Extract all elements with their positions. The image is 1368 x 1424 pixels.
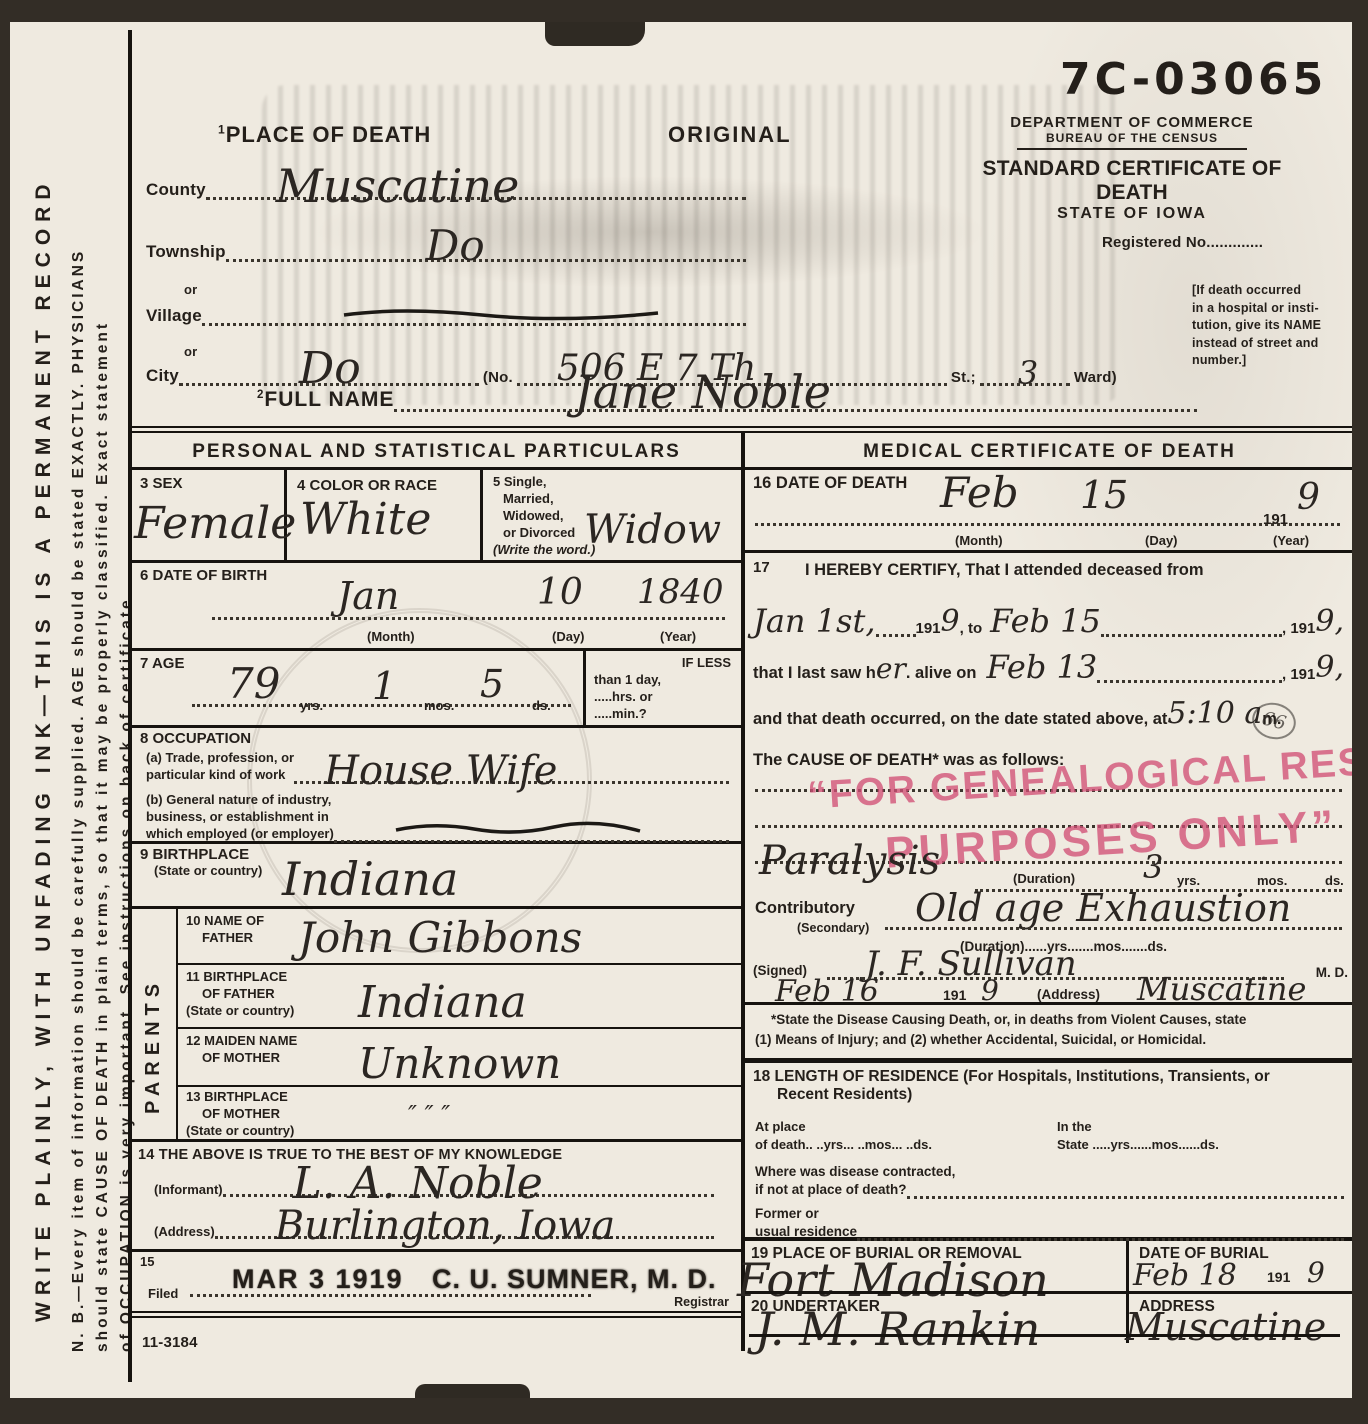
registrar-caption: Registrar — [674, 1295, 729, 1309]
marital-label-line: 5 Single, — [493, 474, 741, 491]
year-printed: , 191 — [1282, 666, 1315, 683]
department-block: DEPARTMENT OF COMMERCE BUREAU OF THE CEN… — [947, 114, 1317, 223]
day-caption: (Day) — [552, 629, 585, 644]
certify-number: 17 — [745, 553, 770, 576]
month-caption: (Month) — [955, 533, 1003, 548]
footnote-line1: *State the Disease Causing Death, or, in… — [745, 1005, 1352, 1029]
mother-name-value: Unknown — [358, 1043, 561, 1085]
informant-address-value: Burlington, Iowa — [275, 1206, 616, 1246]
informant-value: L. A. Noble — [293, 1162, 543, 1206]
sex-value: Female — [134, 502, 296, 546]
dod-day-value: 15 — [1080, 476, 1128, 514]
occupation-label: 8 OCCUPATION — [132, 728, 741, 747]
genealogical-stamp-line2: PURPOSES ONLY” — [884, 801, 1339, 879]
scan-blot — [415, 1384, 530, 1398]
dob-month-value: Jan — [337, 577, 399, 615]
mos-caption: mos. — [424, 698, 454, 713]
margin-nb-line2: should state CAUSE OF DEATH in plain ter… — [94, 321, 112, 1352]
last-saw-printed: that I last saw h — [753, 664, 876, 683]
dotted-leader — [212, 617, 725, 620]
if-less-cell: IF LESS than 1 day, .....hrs. or .....mi… — [583, 651, 741, 725]
mother-name-row: 12 MAIDEN NAME OF MOTHER Unknown — [178, 1029, 741, 1087]
footnote-line2: (1) Means of Injury; and (2) whether Acc… — [745, 1029, 1352, 1049]
ds-caption: ds. — [1325, 873, 1344, 888]
burial-year-printed: 191 — [1267, 1269, 1290, 1285]
father-name-row: 10 NAME OF FATHER John Gibbons — [178, 909, 741, 965]
in-state-line1: In the — [1057, 1119, 1092, 1136]
state-of-iowa-label: STATE OF IOWA — [947, 205, 1317, 223]
father-name-value: John Gibbons — [298, 917, 582, 959]
md-caption: M. D. — [1316, 965, 1348, 980]
father-birthplace-row: 11 BIRTHPLACE OF FATHER (State or countr… — [178, 965, 741, 1029]
occupation-a-label: (a) Trade, profession, or particular kin… — [146, 750, 294, 784]
dotted-leader: Burlington, Iowa — [215, 1233, 714, 1239]
age-years-value: 79 — [227, 663, 280, 705]
father-birthplace-value: Indiana — [358, 981, 527, 1025]
dotted-leader — [334, 837, 729, 843]
dotted-leader: Do — [226, 256, 746, 262]
certificate-paper: WRITE PLAINLY, WITH UNFADING INK—THIS IS… — [10, 22, 1352, 1398]
or-label: or — [184, 282, 197, 297]
certificate-body: PERSONAL AND STATISTICAL PARTICULARS 3 S… — [132, 426, 1352, 1351]
filed-date-stamp: MAR 3 1919 — [232, 1264, 404, 1295]
undertaker-row: 20 UNDERTAKER J. M. Rankin ADDRESS Musca… — [745, 1291, 1352, 1343]
undertaker-value: J. M. Rankin — [755, 1306, 1040, 1352]
dotted-leader: Do — [179, 380, 479, 386]
parents-layout: PARENTS 10 NAME OF FATHER John Gibbons 1… — [132, 909, 741, 1139]
mother-birthplace-row: 13 BIRTHPLACE OF MOTHER (State or countr… — [178, 1087, 741, 1138]
dod-year-hw: 9 — [1297, 480, 1320, 516]
time-of-death-value: 5:10 a — [1167, 699, 1262, 729]
street-no-label: (No. — [483, 369, 513, 386]
at-place-line1: At place — [755, 1119, 806, 1136]
occ-b-line: which employed (or employer) — [146, 826, 334, 843]
duration-caption: (Duration) — [1013, 871, 1075, 886]
registrar-name-stamp: C. U. SUMNER, M. D. — [432, 1264, 717, 1295]
attended-from-value: Jan 1st, — [753, 605, 876, 637]
certificate-number: 7C-03065 — [1060, 54, 1327, 105]
certify-statement: I HEREBY CERTIFY, That I attended deceas… — [745, 553, 1352, 580]
village-row: Village — [146, 306, 746, 326]
footnote-marker-1: 1 — [218, 123, 226, 137]
dob-year-value: 1840 — [637, 575, 724, 609]
dotted-leader — [755, 523, 1340, 526]
city-value: Do — [299, 347, 361, 391]
occupation-row: 8 OCCUPATION (a) Trade, profession, or p… — [132, 728, 741, 844]
dotted-leader: L. A. Noble — [223, 1191, 714, 1197]
where-contracted-text: if not at place of death? — [755, 1181, 907, 1199]
place-of-death-text: PLACE OF DEATH — [226, 122, 431, 147]
mother-birthplace-value: ″ ″ ″ — [408, 1103, 450, 1127]
signature-year-hw: 9 — [981, 977, 999, 1005]
dotted-leader: House Wife — [294, 778, 729, 784]
form-number: 11-3184 — [132, 1318, 741, 1351]
scanned-death-certificate: { "margin": { "warning": "WRITE PLAINLY,… — [0, 0, 1368, 1424]
if-less-line: .....hrs. or — [594, 689, 741, 706]
township-label: Township — [146, 242, 226, 262]
full-name-label: 2FULL NAME — [257, 388, 394, 412]
address-caption: (Address) — [154, 1224, 215, 1239]
physician-signature: J. F. Sullivan — [865, 947, 1077, 981]
margin-nb-line1: N. B.—Every item of information should b… — [70, 249, 88, 1352]
length-of-residence-block: 18 LENGTH OF RESIDENCE (For Hospitals, I… — [745, 1063, 1352, 1241]
place-of-death-label: 1PLACE OF DEATH — [218, 122, 431, 148]
informant-row: 14 THE ABOVE IS TRUE TO THE BEST OF MY K… — [132, 1142, 741, 1252]
occ-b-line: (b) General nature of industry, — [146, 792, 334, 809]
where-contracted-line1: Where was disease contracted, — [755, 1163, 955, 1181]
hospital-note-line: [If death occurred — [1192, 282, 1321, 300]
cause-footnote: *State the Disease Causing Death, or, in… — [745, 1005, 1352, 1063]
dotted-leader — [857, 1235, 1344, 1241]
certify-from-line: Jan 1st, 191 9 , to Feb 15 , 191 9, — [753, 605, 1344, 637]
dotted-leader: 3 — [980, 380, 1070, 386]
county-row: County Muscatine — [146, 180, 746, 200]
if-less-line: than 1 day, — [594, 672, 741, 689]
where-contracted-line2: if not at place of death? — [755, 1181, 1344, 1199]
pencil-note-value: 66 — [1260, 707, 1289, 734]
ds-caption: ds. — [532, 698, 551, 713]
contributory-label: Contributory — [755, 899, 855, 918]
race-label: 4 COLOR OR RACE — [297, 477, 437, 494]
hospital-note-line: instead of street and — [1192, 335, 1321, 353]
village-label: Village — [146, 306, 202, 326]
mother-bp-label-line: 13 BIRTHPLACE — [186, 1089, 741, 1106]
dotted-leader — [885, 927, 1342, 930]
parents-block: PARENTS 10 NAME OF FATHER John Gibbons 1… — [132, 909, 741, 1142]
informant-caption: (Informant) — [154, 1182, 223, 1197]
year-hw: 9, — [1315, 653, 1344, 683]
mother-bp-label-line: OF MOTHER — [186, 1106, 741, 1123]
burial-place-cell: 19 PLACE OF BURIAL OR REMOVAL Fort Madis… — [745, 1241, 1126, 1291]
filed-row: 15 Filed MAR 3 1919 C. U. SUMNER, M. D. … — [132, 1252, 741, 1318]
township-row: Township Do — [146, 242, 746, 262]
dotted-leader — [876, 631, 916, 637]
occupation-a-line: (a) Trade, profession, or particular kin… — [146, 750, 729, 784]
dotted-leader: Jane Noble — [394, 406, 1197, 412]
cause-of-death-block: The CAUSE OF DEATH* was as follows: 66 “… — [745, 749, 1352, 1005]
mother-bp-label-line: (State or country) — [186, 1123, 741, 1140]
address-caption: (Address) — [1037, 987, 1100, 1002]
occ-b-line: business, or establishment in — [146, 809, 334, 826]
occ-a-line: (a) Trade, profession, or — [146, 750, 294, 767]
secondary-caption: (Secondary) — [797, 921, 869, 935]
dotted-leader — [202, 320, 746, 326]
dod-year-printed: 191 — [1263, 511, 1288, 528]
sex-label: 3 SEX — [140, 475, 183, 492]
residence-label-line1: 18 LENGTH OF RESIDENCE (For Hospitals, I… — [745, 1063, 1352, 1086]
signature-year-printed: 191 — [943, 987, 966, 1003]
age-months-value: 1 — [372, 667, 396, 705]
year-hw: 9 — [941, 607, 960, 637]
year-caption: (Year) — [1273, 533, 1309, 548]
ward-label: Ward) — [1074, 369, 1117, 386]
date-of-birth-row: 6 DATE OF BIRTH Jan 10 1840 (Month) (Day… — [132, 563, 741, 651]
township-value: Do — [426, 225, 485, 267]
occ-a-line: particular kind of work — [146, 767, 294, 784]
at-place-line2: of death.. ..yrs... ..mos... ..ds. — [755, 1137, 932, 1154]
physician-address-value: Muscatine — [1137, 973, 1306, 1005]
age-row: 7 AGE IF LESS than 1 day, .....hrs. or .… — [132, 651, 741, 728]
year-printed: , 191 — [1282, 620, 1315, 637]
certificate-header: 7C-03065 1PLACE OF DEATH ORIGINAL DEPART… — [132, 30, 1352, 426]
dod-month-value: Feb — [940, 472, 1019, 514]
standard-certificate-title: STANDARD CERTIFICATE OF DEATH — [947, 157, 1317, 205]
year-hw: 9, — [1315, 607, 1344, 637]
occupation-b-label: (b) General nature of industry, business… — [146, 792, 334, 843]
department-of-commerce-label: DEPARTMENT OF COMMERCE — [947, 114, 1317, 131]
if-less-line: .....min.? — [594, 706, 741, 723]
attended-to-value: Feb 15 — [990, 605, 1101, 637]
signature-date-value: Feb 16 — [775, 977, 879, 1007]
dod-label: 16 DATE OF DEATH — [745, 470, 1352, 493]
in-state-line2: State .....yrs......mos......ds. — [1057, 1137, 1219, 1154]
margin-warning-text: WRITE PLAINLY, WITH UNFADING INK—THIS IS… — [32, 177, 56, 1322]
residence-label-line2: Recent Residents) — [745, 1086, 1352, 1104]
dotted-leader: Muscatine — [206, 194, 746, 200]
dotted-leader — [907, 1193, 1344, 1199]
former-residence-text: usual residence — [755, 1223, 857, 1241]
burial-row: 19 PLACE OF BURIAL OR REMOVAL Fort Madis… — [745, 1241, 1352, 1291]
full-name-text: FULL NAME — [264, 388, 394, 411]
last-saw-date: Feb 13 — [986, 651, 1097, 683]
year-caption: (Year) — [660, 629, 696, 644]
occupation-b-line: (b) General nature of industry, business… — [146, 792, 729, 843]
to-label: , to — [960, 620, 983, 637]
blank-line-mark — [342, 307, 662, 323]
informant-address-line: (Address) Burlington, Iowa — [154, 1224, 714, 1239]
undertaker-address-value: Muscatine — [1125, 1308, 1326, 1346]
county-value: Muscatine — [276, 163, 520, 209]
yrs-caption: yrs. — [300, 698, 323, 713]
hospital-note-line: tution, give its NAME — [1192, 317, 1321, 335]
if-less-line: IF LESS — [594, 655, 741, 672]
full-name-value: Jane Noble — [574, 369, 831, 415]
former-residence-line1: Former or — [755, 1205, 819, 1223]
or-label: or — [184, 344, 197, 359]
parents-label-cell: PARENTS — [132, 909, 178, 1139]
last-saw-her: er — [876, 655, 906, 683]
occupation-a-value: House Wife — [324, 751, 557, 791]
marital-value: Widow — [584, 510, 721, 550]
ward-value: 3 — [1018, 357, 1038, 389]
header-divider — [1017, 148, 1247, 150]
original-label: ORIGINAL — [668, 122, 792, 148]
burial-date-cell: DATE OF BURIAL Feb 18 191 9 — [1126, 1241, 1352, 1291]
cause-duration-years: 3 — [1143, 851, 1163, 883]
burial-year-hw: 9 — [1307, 1259, 1325, 1287]
marital-label-line: Married, — [493, 491, 741, 508]
city-label: City — [146, 366, 179, 386]
medical-section-title: MEDICAL CERTIFICATE OF DEATH — [745, 433, 1352, 470]
cause-value: Paralysis — [759, 841, 940, 881]
signature-underline — [749, 1334, 1340, 1337]
blank-line-mark — [394, 820, 644, 838]
personal-section-title: PERSONAL AND STATISTICAL PARTICULARS — [132, 433, 741, 470]
certificate-form: 7C-03065 1PLACE OF DEATH ORIGINAL DEPART… — [128, 30, 1352, 1382]
birthplace-value: Indiana — [282, 856, 458, 902]
date-of-death-row: 16 DATE OF DEATH Feb 15 191 9 (Month) (D… — [745, 470, 1352, 553]
former-residence-line2: usual residence — [755, 1223, 1344, 1241]
street-label: St.; — [951, 369, 976, 386]
parents-fields: 10 NAME OF FATHER John Gibbons 11 BIRTHP… — [178, 909, 741, 1139]
filed-label: Filed — [148, 1286, 178, 1301]
occurred-printed: and that death occurred, on the date sta… — [753, 710, 1167, 729]
alive-on-printed: . alive on — [906, 664, 977, 683]
medical-section: MEDICAL CERTIFICATE OF DEATH 16 DATE OF … — [745, 433, 1352, 1351]
registered-no-label: Registered No............. — [1102, 234, 1263, 251]
personal-section: PERSONAL AND STATISTICAL PARTICULARS 3 S… — [132, 433, 745, 1351]
year-printed: 191 — [916, 620, 941, 637]
last-saw-line: that I last saw h er . alive on Feb 13 ,… — [753, 651, 1344, 683]
burial-date-value: Feb 18 — [1133, 1261, 1237, 1291]
bureau-of-census-label: BUREAU OF THE CENSUS — [947, 131, 1317, 145]
day-caption: (Day) — [1145, 533, 1178, 548]
sex-race-marital-row: 3 SEX 4 COLOR OR RACE 5 Single, Married,… — [132, 470, 741, 563]
dotted-leader — [1101, 631, 1282, 637]
birthplace-row: 9 BIRTHPLACE (State or country) Indiana — [132, 844, 741, 909]
month-caption: (Month) — [367, 629, 415, 644]
hospital-note-line: in a hospital or insti- — [1192, 300, 1321, 318]
full-name-row: 2FULL NAME Jane Noble — [257, 388, 1197, 412]
dotted-leader — [1097, 677, 1282, 683]
county-label: County — [146, 180, 206, 200]
informant-line: (Informant) L. A. Noble — [154, 1182, 714, 1197]
age-days-value: 5 — [480, 665, 504, 703]
hospital-note: [If death occurred in a hospital or inst… — [1192, 282, 1321, 370]
parents-label: PARENTS — [142, 978, 165, 1114]
dob-day-value: 10 — [537, 575, 583, 611]
contributory-value: Old age Exhaustion — [915, 889, 1291, 927]
race-value: White — [300, 498, 431, 542]
